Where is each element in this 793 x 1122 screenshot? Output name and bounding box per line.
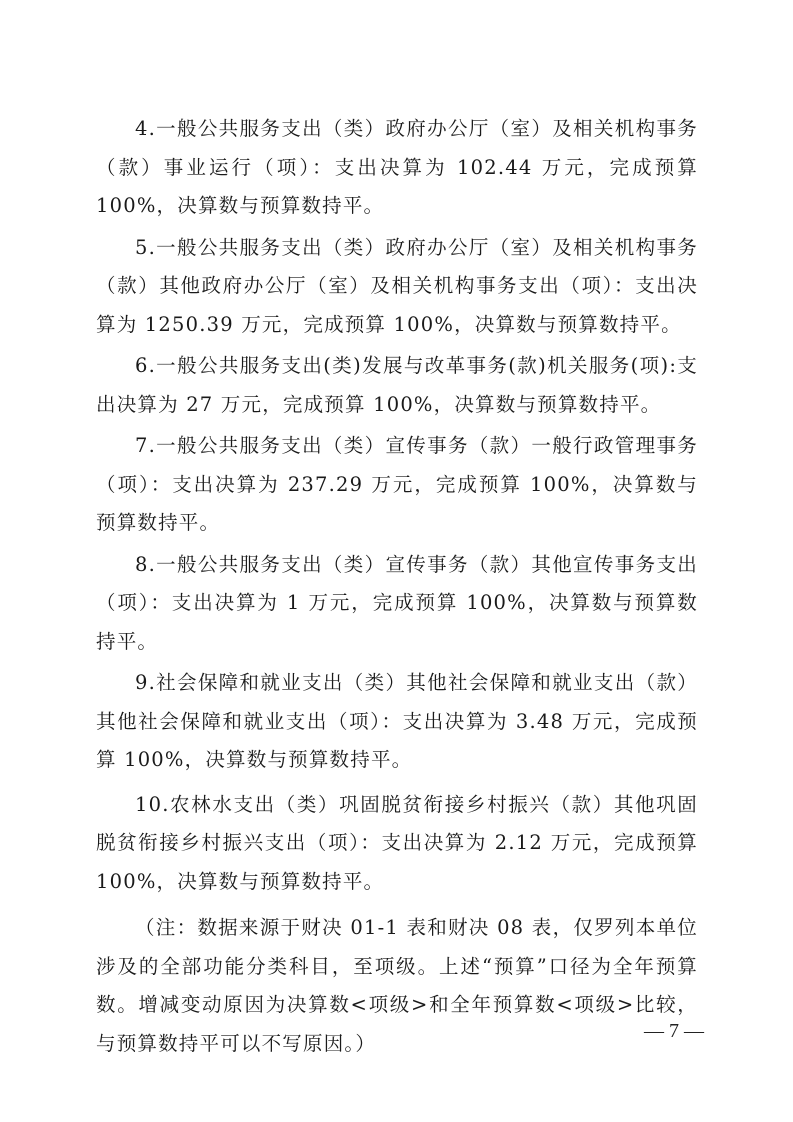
footnote-note: （注：数据来源于财决 01-1 表和财决 08 表，仅罗列本单位涉及的全部功能分… <box>96 909 698 1063</box>
paragraph-item-4: 4.一般公共服务支出（类）政府办公厅（室）及相关机构事务（款）事业运行（项）：支… <box>96 110 698 226</box>
paragraph-item-8: 8.一般公共服务支出（类）宣传事务（款）其他宣传事务支出（项）：支出决算为 1 … <box>96 546 698 662</box>
paragraph-item-6: 6.一般公共服务支出(类)发展与改革事务(款)机关服务(项):支出决算为 27 … <box>96 347 698 424</box>
paragraph-item-10: 10.农林水支出（类）巩固脱贫衔接乡村振兴（款）其他巩固脱贫衔接乡村振兴支出（项… <box>96 786 698 902</box>
paragraph-item-7: 7.一般公共服务支出（类）宣传事务（款）一般行政管理事务（项）：支出决算为 23… <box>96 427 698 543</box>
page-number: — 7 — <box>644 1020 704 1043</box>
paragraph-item-9: 9.社会保障和就业支出（类）其他社会保障和就业支出（款）其他社会保障和就业支出（… <box>96 664 698 780</box>
paragraph-item-5: 5.一般公共服务支出（类）政府办公厅（室）及相关机构事务（款）其他政府办公厅（室… <box>96 229 698 345</box>
document-page: 4.一般公共服务支出（类）政府办公厅（室）及相关机构事务（款）事业运行（项）：支… <box>96 110 698 1063</box>
